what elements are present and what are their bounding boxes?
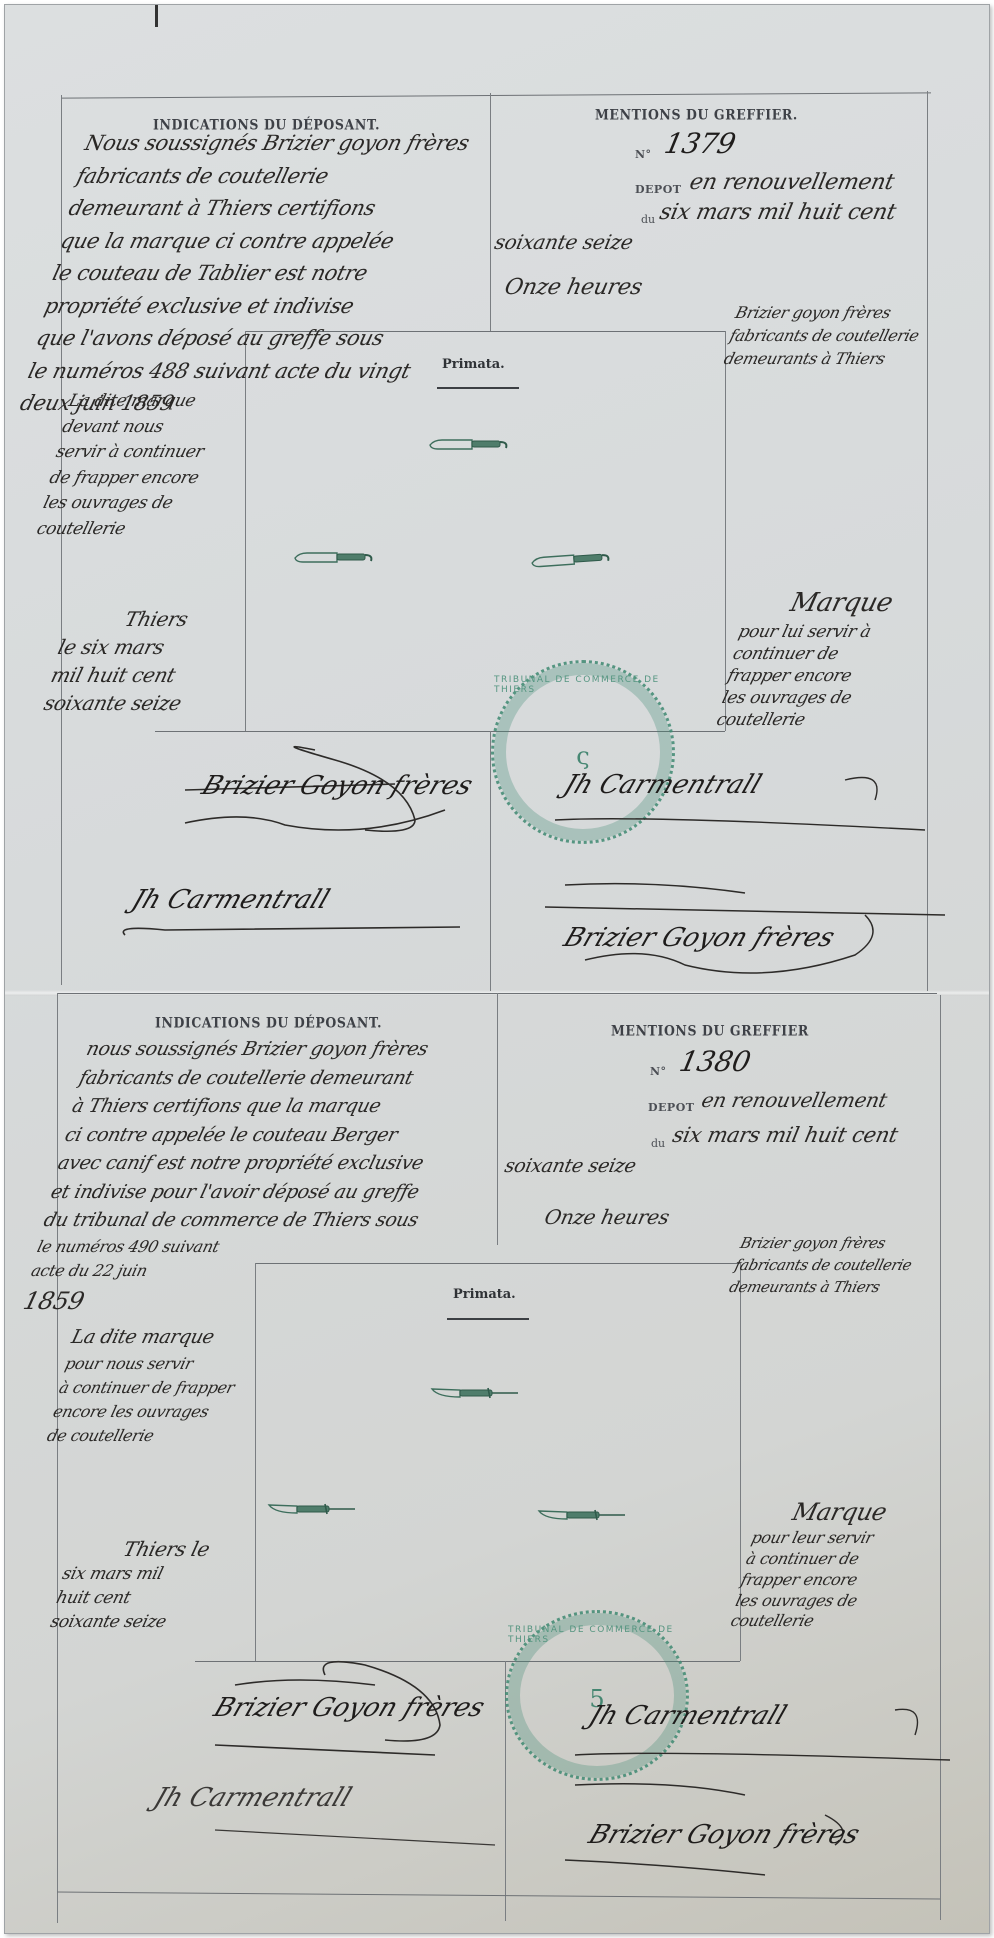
right-note-depositor: Brizier goyon frères fabricants de coute… xyxy=(727,1233,919,1298)
depositor-signature-2: Brizier Goyon frères xyxy=(560,923,839,953)
knife-mark-icon xyxy=(537,1509,629,1521)
statement-line: nous soussignés Brizier goyon frères xyxy=(83,1035,464,1064)
du-label: du xyxy=(641,213,655,226)
statement-line: Nous soussignés Brizier goyon frères xyxy=(81,127,519,160)
depositor-signature-1: Brizier Goyon frères xyxy=(198,771,477,801)
frame-left-line xyxy=(57,993,58,1923)
note-line: continuer de xyxy=(731,643,882,665)
place-line: huit cent xyxy=(54,1587,200,1611)
column-divider-bottom xyxy=(490,731,491,991)
note-line: coutellerie xyxy=(728,1611,861,1632)
depot-label: DEPOT xyxy=(648,1101,694,1114)
statement-line: demeurant à Thiers certifions xyxy=(65,192,503,225)
note-line: coutellerie xyxy=(34,517,189,543)
place-line: Thiers xyxy=(62,605,205,633)
mark-box-left xyxy=(255,1263,256,1661)
note-line: les ouvrages de xyxy=(733,1591,866,1612)
knife-mark-icon xyxy=(430,1387,522,1399)
note-line: Brizier goyon frères xyxy=(738,1233,920,1255)
note-line: devant nous xyxy=(59,415,214,441)
note-line: à continuer de frapper xyxy=(56,1376,237,1400)
number-label: N° xyxy=(650,1065,667,1078)
left-column-header: INDICATIONS DU DÉPOSANT. xyxy=(155,1014,382,1031)
note-line: de coutellerie xyxy=(44,1424,225,1448)
registration-number: 1379 xyxy=(661,127,738,160)
place-line: six mars mil xyxy=(59,1563,205,1587)
place-line: soixante seize xyxy=(48,1611,194,1635)
statement-line: que l'avons déposé au greffe sous xyxy=(33,322,471,355)
place-line: le six mars xyxy=(55,633,198,661)
right-note-mark: Marque pour leur servir à continuer de f… xyxy=(728,1497,890,1632)
mark-title-underline xyxy=(447,1318,529,1320)
place-date: Thiers le six mars mil huit cent soixant… xyxy=(48,1535,213,1634)
clerk-signature-2: Jh Carmentrall xyxy=(150,1783,356,1813)
statement-line: avec canif est notre propriété exclusive xyxy=(55,1149,436,1178)
frame-top-line xyxy=(61,92,931,98)
mark-title: Primata. xyxy=(453,1287,516,1302)
statement-line: le numéros 490 suivant xyxy=(35,1235,415,1259)
statement-line: ci contre appelée le couteau Berger xyxy=(62,1121,443,1150)
depot-type: en renouvellement xyxy=(687,170,896,195)
mark-title: Primata. xyxy=(442,357,505,372)
usage-note: La dite marque pour nous servir à contin… xyxy=(44,1323,250,1448)
note-line: pour leur servir xyxy=(749,1528,882,1549)
deposit-date-line-1: six mars mil huit cent xyxy=(670,1123,899,1147)
statement-line: propriété exclusive et indivise xyxy=(41,290,479,323)
deposit-time: Onze heures xyxy=(542,1205,671,1229)
signature-flourish xyxy=(205,1805,505,1865)
clerk-signature-1: Jh Carmentrall xyxy=(585,1701,791,1731)
note-line: les ouvrages de xyxy=(40,491,195,517)
note-line: pour lui servir à xyxy=(736,621,887,643)
statement-line: et indivise pour l'avoir déposé au greff… xyxy=(48,1178,429,1207)
document-photo: INDICATIONS DU DÉPOSANT. MENTIONS DU GRE… xyxy=(4,4,990,1934)
right-column-header: MENTIONS DU GREFFIER xyxy=(611,1022,809,1039)
registration-number: 1380 xyxy=(676,1045,753,1078)
deposit-date-line-1: six mars mil huit cent xyxy=(657,200,898,225)
clerk-signature-1: Jh Carmentrall xyxy=(560,770,766,800)
note-line: frapper encore xyxy=(739,1570,872,1591)
note-line: Marque xyxy=(742,587,896,621)
statement-line: à Thiers certifions que la marque xyxy=(69,1092,450,1121)
note-line: La dite marque xyxy=(66,389,221,415)
knife-mark-icon xyxy=(293,552,385,564)
note-line: La dite marque xyxy=(68,1323,250,1352)
deposit-date-line-2: soixante seize xyxy=(503,1155,638,1177)
knife-mark-icon xyxy=(267,1503,359,1515)
statement-line: 1859 xyxy=(20,1283,403,1319)
note-line: demeurants à Thiers xyxy=(721,347,915,370)
right-column-header: MENTIONS DU GREFFIER. xyxy=(595,106,798,123)
depositor-signature-1: Brizier Goyon frères xyxy=(210,1693,489,1723)
note-line: pour nous servir xyxy=(62,1352,243,1376)
note-line: fabricants de coutellerie xyxy=(732,1255,914,1277)
statement-line: du tribunal de commerce de Thiers sous xyxy=(41,1206,422,1235)
mark-box-right xyxy=(725,331,726,731)
clerk-signature-2: Jh Carmentrall xyxy=(128,885,334,915)
statement-line: acte du 22 juin xyxy=(29,1259,409,1283)
note-line: encore les ouvrages xyxy=(50,1400,231,1424)
depositor-statement: nous soussignés Brizier goyon frères fab… xyxy=(20,1035,464,1319)
note-line: demeurants à Thiers xyxy=(727,1277,909,1299)
frame-right-line xyxy=(927,91,928,991)
statement-line: le couteau de Tablier est notre xyxy=(49,257,487,290)
depositor-signature-2: Brizier Goyon frères xyxy=(585,1820,864,1850)
statement-line: fabricants de coutellerie demeurant xyxy=(76,1064,457,1093)
note-line: à continuer de xyxy=(744,1549,877,1570)
depositor-statement: Nous soussignés Brizier goyon frères fab… xyxy=(16,127,519,420)
deposit-time: Onze heures xyxy=(502,275,644,300)
note-line: Brizier goyon frères xyxy=(733,301,927,324)
place-date: Thiers le six mars mil huit cent soixant… xyxy=(41,605,205,717)
knife-mark-icon xyxy=(530,551,623,569)
place-line: soixante seize xyxy=(41,689,184,717)
du-label: du xyxy=(651,1137,665,1150)
note-line: de frapper encore xyxy=(47,466,202,492)
right-note-depositor: Brizier goyon frères fabricants de coute… xyxy=(721,301,927,371)
note-line: coutellerie xyxy=(714,709,865,731)
note-line: les ouvrages de xyxy=(720,687,871,709)
note-line: frapper encore xyxy=(725,665,876,687)
place-line: mil huit cent xyxy=(48,661,191,689)
edge-mark xyxy=(155,5,158,27)
statement-line: le numéros 488 suivant acte du vingt xyxy=(25,355,463,388)
statement-line: fabricants de coutellerie xyxy=(73,160,511,193)
number-label: N° xyxy=(635,148,652,161)
note-line: Marque xyxy=(754,1497,890,1528)
note-line: fabricants de coutellerie xyxy=(727,324,921,347)
note-line: servir à continuer xyxy=(53,440,208,466)
knife-mark-icon xyxy=(428,439,520,451)
depot-label: DEPOT xyxy=(635,183,681,196)
statement-line: que la marque ci contre appelée xyxy=(57,225,495,258)
deposit-date-line-2: soixante seize xyxy=(492,230,635,254)
mark-title-underline xyxy=(437,387,519,389)
column-divider-top xyxy=(497,993,498,1245)
right-note-mark: Marque pour lui servir à continuer de fr… xyxy=(714,587,896,731)
depot-type: en renouvellement xyxy=(699,1088,889,1112)
place-line: Thiers le xyxy=(65,1535,212,1563)
